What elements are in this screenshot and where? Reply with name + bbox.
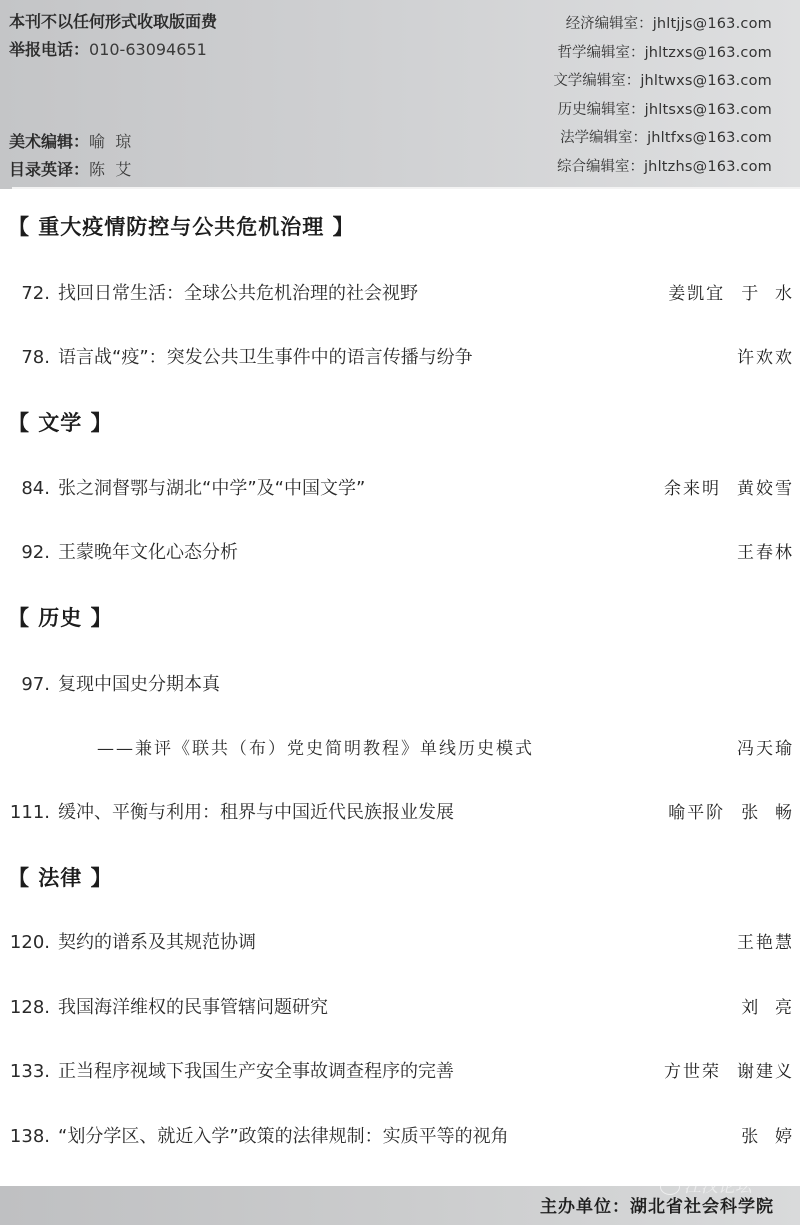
page-number: 111. — [0, 798, 50, 828]
article-authors: 方世荣谢建义 — [648, 1057, 794, 1087]
author-name: 姜凯宜 — [668, 284, 725, 304]
section-heading-law: 【 法律 】 — [8, 862, 113, 892]
page-number: 97. — [0, 670, 50, 700]
article-title: 正当程序视域下我国生产安全事故调查程序的完善 — [58, 1057, 454, 1087]
page-number: 78. — [0, 343, 50, 373]
article-title: 缓冲、平衡与利用：租界与中国近代民族报业发展 — [58, 798, 454, 828]
hotline-label: 举报电话： — [9, 40, 89, 59]
watermark: 江汉论坛 — [660, 1172, 752, 1197]
author-name: 喻平阶 — [668, 803, 725, 823]
office-email[interactable]: jhltjjs@163.com — [653, 16, 772, 32]
masthead-left: 本刊不以任何形式收取版面费 举报电话：010-63094651 美术编辑：喻 琼… — [9, 8, 217, 184]
office-row-history: 历史编辑室：jhltsxs@163.com — [553, 96, 772, 125]
office-label: 历史编辑室： — [558, 102, 645, 118]
page-number: 128. — [0, 993, 50, 1023]
article-authors: 许欢欢 — [721, 343, 794, 373]
article-authors: 张 婷 — [725, 1122, 794, 1152]
author-name: 余来明 — [664, 479, 721, 499]
art-editor-label: 美术编辑： — [9, 132, 89, 151]
author-name: 王艳慧 — [737, 933, 794, 953]
toc-entry[interactable]: 84. 张之洞督鄂与湖北“中学”及“中国文学” 余来明黄姣雪 — [0, 474, 800, 504]
author-name: 黄姣雪 — [737, 479, 794, 499]
art-editor: 美术编辑：喻 琼 — [9, 128, 217, 156]
toc-entry[interactable]: 111. 缓冲、平衡与利用：租界与中国近代民族报业发展 喻平阶张 畅 — [0, 798, 800, 828]
author-name: 王春林 — [737, 543, 794, 563]
page-number: 72. — [0, 279, 50, 309]
office-email[interactable]: jhltfxs@163.com — [647, 130, 772, 146]
hotline: 举报电话：010-63094651 — [9, 36, 217, 64]
wechat-icon — [660, 1179, 680, 1195]
toc-entry[interactable]: 78. 语言战“疫”：突发公共卫生事件中的语言传播与纷争 许欢欢 — [0, 343, 800, 373]
toc-entry[interactable]: 120. 契约的谱系及其规范协调 王艳慧 — [0, 928, 800, 958]
author-name: 谢建义 — [737, 1062, 794, 1082]
office-label: 哲学编辑室： — [558, 45, 645, 61]
toc-entry-subtitle[interactable]: ——兼评《联共（布）党史简明教程》单线历史模式 冯天瑜 — [0, 734, 800, 764]
office-email[interactable]: jhltzhs@163.com — [644, 159, 772, 175]
toc-entry[interactable]: 92. 王蒙晚年文化心态分析 王春林 — [0, 538, 800, 568]
author-name: 于 水 — [741, 284, 794, 304]
page-number: 92. — [0, 538, 50, 568]
article-authors: 姜凯宜于 水 — [652, 279, 794, 309]
office-email[interactable]: jhltsxs@163.com — [645, 102, 772, 118]
office-row-literature: 文学编辑室：jhltwxs@163.com — [553, 67, 772, 96]
article-title: “划分学区、就近入学”政策的法律规制：实质平等的视角 — [58, 1122, 509, 1152]
article-authors: 余来明黄姣雪 — [648, 474, 794, 504]
toc-entry[interactable]: 128. 我国海洋维权的民事管辖问题研究 刘 亮 — [0, 993, 800, 1023]
office-email[interactable]: jhltzxs@163.com — [645, 45, 772, 61]
watermark-text: 江汉论坛 — [684, 1177, 752, 1197]
office-row-general: 综合编辑室：jhltzhs@163.com — [553, 153, 772, 182]
article-title: 我国海洋维权的民事管辖问题研究 — [58, 993, 328, 1023]
article-authors: 刘 亮 — [725, 993, 794, 1023]
toc-entry[interactable]: 133. 正当程序视域下我国生产安全事故调查程序的完善 方世荣谢建义 — [0, 1057, 800, 1087]
article-authors: 冯天瑜 — [721, 734, 794, 764]
author-name: 张 婷 — [741, 1127, 794, 1147]
toc-translator-label: 目录英译： — [9, 160, 89, 179]
masthead-info-band: 本刊不以任何形式收取版面费 举报电话：010-63094651 美术编辑：喻 琼… — [0, 0, 800, 189]
editorial-offices: 经济编辑室：jhltjjs@163.com 哲学编辑室：jhltzxs@163.… — [553, 10, 772, 181]
page-number: 138. — [0, 1122, 50, 1152]
article-authors: 王艳慧 — [721, 928, 794, 958]
fee-notice: 本刊不以任何形式收取版面费 — [9, 8, 217, 36]
article-subtitle: ——兼评《联共（布）党史简明教程》单线历史模式 — [97, 734, 534, 764]
article-title: 复现中国史分期本真 — [58, 670, 220, 700]
author-name: 刘 亮 — [741, 998, 794, 1018]
author-name: 方世荣 — [664, 1062, 721, 1082]
toc-entry[interactable]: 138. “划分学区、就近入学”政策的法律规制：实质平等的视角 张 婷 — [0, 1122, 800, 1152]
office-row-law: 法学编辑室：jhltfxs@163.com — [553, 124, 772, 153]
page-number: 120. — [0, 928, 50, 958]
fee-notice-text: 本刊不以任何形式收取版面费 — [9, 12, 217, 31]
hotline-number: 010-63094651 — [89, 40, 207, 59]
office-email[interactable]: jhltwxs@163.com — [640, 73, 772, 89]
article-title: 张之洞督鄂与湖北“中学”及“中国文学” — [58, 474, 365, 504]
office-label: 法学编辑室： — [560, 130, 647, 146]
toc-entry[interactable]: 72. 找回日常生活：全球公共危机治理的社会视野 姜凯宜于 水 — [0, 279, 800, 309]
toc-translator-name: 陈 艾 — [89, 160, 131, 179]
author-name: 张 畅 — [741, 803, 794, 823]
office-label: 经济编辑室： — [566, 16, 653, 32]
author-name: 许欢欢 — [737, 348, 794, 368]
section-heading-epidemic: 【 重大疫情防控与公共危机治理 】 — [8, 211, 355, 241]
toc-translator: 目录英译：陈 艾 — [9, 156, 217, 184]
page-number: 133. — [0, 1057, 50, 1087]
article-title: 契约的谱系及其规范协调 — [58, 928, 256, 958]
office-row-economics: 经济编辑室：jhltjjs@163.com — [553, 10, 772, 39]
article-title: 语言战“疫”：突发公共卫生事件中的语言传播与纷争 — [58, 343, 473, 373]
author-name: 冯天瑜 — [737, 739, 794, 759]
section-heading-literature: 【 文学 】 — [8, 407, 113, 437]
toc-entry[interactable]: 97. 复现中国史分期本真 — [0, 670, 800, 700]
office-row-philosophy: 哲学编辑室：jhltzxs@163.com — [553, 39, 772, 68]
article-title: 找回日常生活：全球公共危机治理的社会视野 — [58, 279, 418, 309]
art-editor-name: 喻 琼 — [89, 132, 131, 151]
article-authors: 王春林 — [721, 538, 794, 568]
article-authors: 喻平阶张 畅 — [652, 798, 794, 828]
office-label: 文学编辑室： — [553, 73, 640, 89]
section-heading-history: 【 历史 】 — [8, 602, 113, 632]
page-number: 84. — [0, 474, 50, 504]
office-label: 综合编辑室： — [557, 159, 644, 175]
article-title: 王蒙晚年文化心态分析 — [58, 538, 238, 568]
